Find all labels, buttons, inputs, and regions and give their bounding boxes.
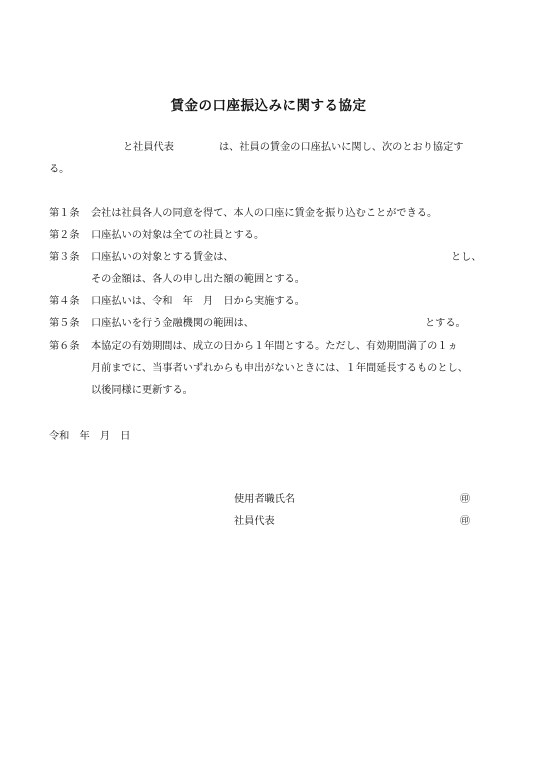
- preamble-company-party: と社員代表: [123, 141, 174, 155]
- article-5-text-end: とする。: [425, 317, 466, 331]
- employer-signature-label: 使用者職氏名: [234, 493, 295, 507]
- article-3-text-end: とし、: [451, 251, 482, 265]
- article-3-text-line2: その金額は、各人の申し出た額の範囲とする。: [91, 273, 305, 287]
- article-1-label: 第１条: [49, 207, 80, 221]
- article-2-text: 口座払いの対象は全ての社員とする。: [91, 229, 264, 243]
- article-1-text: 会社は社員各人の同意を得て、本人の口座に賃金を振り込むことができる。: [91, 207, 437, 221]
- article-6-label: 第６条: [49, 340, 80, 354]
- article-2-label: 第２条: [49, 229, 80, 243]
- article-6-text-line2: 月前までに、当事者いずれからも申出がないときには、１年間延長するものとし、: [91, 362, 468, 376]
- preamble-text: は、社員の賃金の口座払いに関し、次のとおり協定す: [219, 141, 464, 155]
- seal-icon: ㊞: [460, 515, 470, 529]
- article-4-label: 第４条: [49, 295, 80, 309]
- employee-rep-signature-label: 社員代表: [234, 515, 275, 529]
- preamble-text-end: る。: [49, 163, 69, 177]
- document-page: 賃金の口座振込みに関する協定 と社員代表 は、社員の賃金の口座払いに関し、次のと…: [0, 0, 537, 760]
- seal-icon: ㊞: [460, 493, 470, 507]
- article-6-text-line3: 以後同様に更新する。: [91, 384, 193, 398]
- article-5-text: 口座払いを行う金融機関の範囲は、: [91, 317, 254, 331]
- article-4-text: 口座払いは、令和 年 月 日から実施する。: [91, 295, 305, 309]
- article-6-text: 本協定の有効期間は、成立の日から１年間とする。ただし、有効期間満了の１ヵ: [91, 340, 458, 354]
- article-3-label: 第３条: [49, 251, 80, 265]
- article-5-label: 第５条: [49, 317, 80, 331]
- document-title: 賃金の口座振込みに関する協定: [0, 94, 537, 114]
- agreement-date: 令和 年 月 日: [49, 430, 131, 444]
- article-3-text: 口座払いの対象とする賃金は、: [91, 251, 234, 265]
